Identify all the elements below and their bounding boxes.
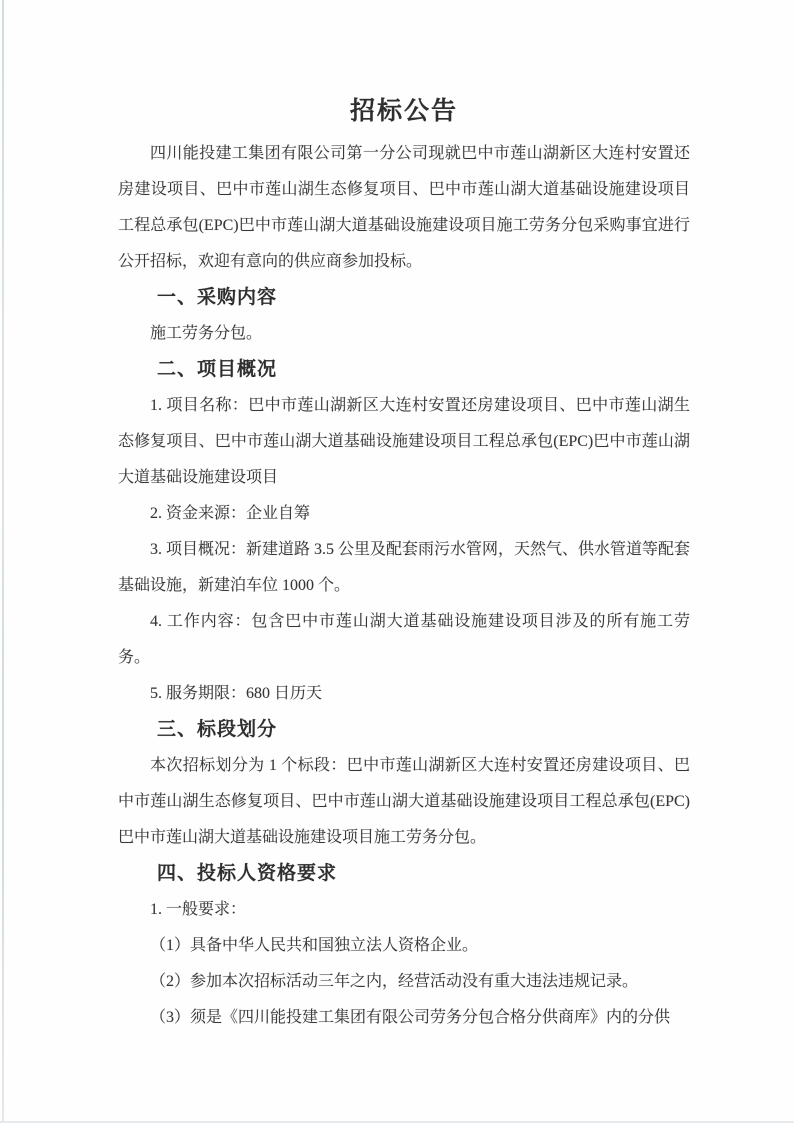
paragraph-requirement-2: （2）参加本次招标活动三年之内，经营活动没有重大违法违规记录。 [118, 964, 690, 1000]
section-heading-procurement-content: 一、采购内容 [118, 280, 690, 316]
section-heading-bidder-qualifications: 四、投标人资格要求 [118, 856, 690, 892]
document-page: 招标公告 四川能投建工集团有限公司第一分公司现就巴中市莲山湖新区大连村安置还房建… [0, 0, 794, 1123]
paragraph-service-period: 5. 服务期限：680 日历天 [118, 676, 690, 712]
paragraph-project-profile: 3. 项目概况：新建道路 3.5 公里及配套雨污水管网，天然气、供水管道等配套基… [118, 532, 690, 604]
paragraph-bid-sections: 本次招标划分为 1 个标段：巴中市莲山湖新区大连村安置还房建设项目、巴中市莲山湖… [118, 748, 690, 856]
paragraph-work-content: 4. 工作内容：包含巴中市莲山湖大道基础设施建设项目涉及的所有施工劳务。 [118, 604, 690, 676]
page-title: 招标公告 [118, 92, 690, 130]
paragraph-funding-source: 2. 资金来源：企业自筹 [118, 496, 690, 532]
paragraph-requirement-1: （1）具备中华人民共和国独立法人资格企业。 [118, 928, 690, 964]
intro-paragraph: 四川能投建工集团有限公司第一分公司现就巴中市莲山湖新区大连村安置还房建设项目、巴… [118, 136, 690, 280]
paragraph-procurement-content: 施工劳务分包。 [118, 316, 690, 352]
section-heading-project-overview: 二、项目概况 [118, 352, 690, 388]
scan-edge-artifact-left [2, 0, 4, 1123]
paragraph-project-name: 1. 项目名称：巴中市莲山湖新区大连村安置还房建设项目、巴中市莲山湖生态修复项目… [118, 388, 690, 496]
section-heading-bid-sections: 三、标段划分 [118, 712, 690, 748]
paragraph-requirement-3: （3）须是《四川能投建工集团有限公司劳务分包合格分供商库》内的分供 [118, 1000, 690, 1036]
document-content: 招标公告 四川能投建工集团有限公司第一分公司现就巴中市莲山湖新区大连村安置还房建… [118, 92, 690, 1036]
paragraph-general-requirements: 1. 一般要求： [118, 892, 690, 928]
